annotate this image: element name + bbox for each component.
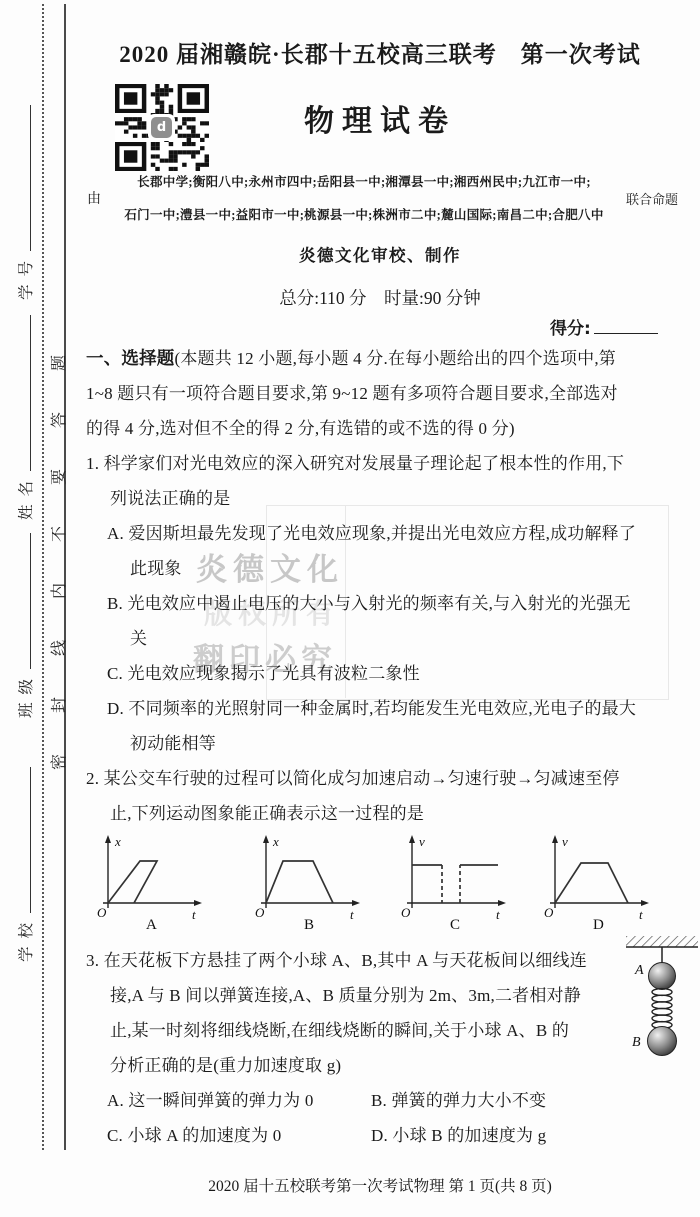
q1-option-d-cont: 初动能相等 <box>86 726 678 761</box>
question-1-line: 1. 科学家们对光电效应的深入研究对发展量子理论起了根本性的作用,下 <box>86 446 678 481</box>
graph-a-origin: O <box>97 905 107 920</box>
class-label: 班级 <box>18 671 35 718</box>
question-3-line: 分析正确的是(重力加速度取 g) <box>86 1048 614 1083</box>
q2-graph-d: v O t D <box>541 831 656 931</box>
by-label: 由 <box>87 188 101 208</box>
ball-a <box>649 963 676 990</box>
page-footer: 2020 届十五校联考第一次考试物理 第 1 页(共 8 页) <box>80 1174 680 1196</box>
q3-option-b: B. 弹簧的弹力大小不变 <box>371 1091 546 1110</box>
question-2-line: 止,下列运动图象能正确表示这一过程的是 <box>86 796 678 831</box>
graph-d-xlabel: t <box>639 907 643 922</box>
q3-option-a: A. 这一瞬间弹簧的弹力为 0 <box>107 1083 371 1118</box>
joint-proposition-label: 联合命题 <box>626 189 678 208</box>
student-name-blank <box>21 315 31 471</box>
graph-d-label: D <box>593 917 604 931</box>
question-3-line: 止,某一时刻将细线烧断,在细线烧断的瞬间,关于小球 A、B 的 <box>86 1013 614 1048</box>
exam-body: 一、选择题(本题共 12 小题,每小题 4 分.在每小题给出的四个选项中,第 1… <box>86 341 678 1153</box>
score-label: 得分: <box>550 319 591 339</box>
graph-d-ylabel: v <box>562 834 568 849</box>
question-3: 3. 在天花板下方悬挂了两个小球 A、B,其中 A 与天花板间以细线连 接,A … <box>86 943 614 1153</box>
graph-b-origin: O <box>255 905 265 920</box>
graph-b-ylabel: x <box>272 834 279 849</box>
school-field: 学校 <box>14 767 36 962</box>
text-line: 的得 4 分,选对但不全的得 2 分,有选错的或不选的得 0 分) <box>86 411 678 446</box>
graph-c-ylabel: v <box>419 834 425 849</box>
seal-dotted-line <box>42 4 44 1150</box>
score-info: 总分:110 分 时量:90 分钟 <box>80 285 680 310</box>
graph-a-label: A <box>146 917 157 931</box>
class-field: 班级 <box>14 533 36 718</box>
graph-b-label: B <box>304 917 314 931</box>
q1-option-b: B. 光电效应中遏止电压的大小与入射光的频率有关,与入射光的光强无 <box>86 586 678 621</box>
q1-option-a: A. 爱因斯坦最先发现了光电效应现象,并提出光电效应方程,成功解释了 <box>86 516 678 551</box>
school-blank <box>21 767 31 913</box>
q3-option-c: C. 小球 A 的加速度为 0 <box>107 1118 371 1153</box>
q3-option-d: D. 小球 B 的加速度为 g <box>371 1126 546 1145</box>
section-heading: 一、选择题 <box>86 349 175 369</box>
ball-b-label: B <box>632 1035 641 1050</box>
ball-b <box>648 1027 677 1056</box>
q2-graph-a: x O t A <box>94 831 209 931</box>
producer-line: 炎德文化审校、制作 <box>80 242 680 266</box>
page-title: 2020 届湘赣皖·长郡十五校高三联考 第一次考试 <box>80 36 680 69</box>
student-id-label: 学号 <box>18 253 35 300</box>
student-id-blank <box>21 105 31 251</box>
ceiling-hatch <box>626 936 698 947</box>
graph-a-ylabel: x <box>114 834 121 849</box>
q3-figure-image: A B <box>620 934 700 1064</box>
school-list-line1: 长郡中学;衡阳八中;永州市四中;岳阳县一中;湘潭县一中;湘西州民中;九江市一中; <box>104 172 624 190</box>
graph-c-origin: O <box>401 905 411 920</box>
school-list-line2: 石门一中;澧县一中;益阳市一中;桃源县一中;株洲市二中;麓山国际;南昌二中;合肥… <box>104 205 624 223</box>
class-blank <box>21 533 31 669</box>
subject-title: 物理试卷 <box>150 96 610 140</box>
graph-a-xlabel: t <box>192 907 196 922</box>
ball-a-label: A <box>634 963 644 978</box>
q2-graph-row: x O t A x O t B v O t C <box>86 831 678 931</box>
student-id-field: 学号 <box>14 105 36 300</box>
score-field: 得分: <box>550 314 658 339</box>
q1-option-a-cont: 此现象 <box>86 551 678 586</box>
student-name-label: 姓名 <box>18 473 35 520</box>
graph-c-label: C <box>450 917 460 931</box>
question-2-line: 2. 某公交车行驶的过程可以简化成匀加速启动→匀速行驶→匀减速至停 <box>86 761 678 796</box>
spring <box>652 989 672 1029</box>
q1-option-b-cont: 关 <box>86 621 678 656</box>
question-3-line: 3. 在天花板下方悬挂了两个小球 A、B,其中 A 与天花板间以细线连 <box>86 943 614 978</box>
seal-line-text: 密封线内不要答题 <box>46 314 69 770</box>
graph-c-xlabel: t <box>496 907 500 922</box>
text-line: 1~8 题只有一项符合题目要求,第 9~12 题有多项符合题目要求,全部选对 <box>86 376 678 411</box>
student-name-field: 姓名 <box>14 315 36 520</box>
q3-options-cd: C. 小球 A 的加速度为 0D. 小球 B 的加速度为 g <box>86 1118 614 1153</box>
q2-graph-b: x O t B <box>252 831 367 931</box>
graph-d-origin: O <box>544 905 554 920</box>
q1-option-c: C. 光电效应现象揭示了光具有波粒二象性 <box>86 656 678 691</box>
question-3-line: 接,A 与 B 间以弹簧连接,A、B 质量分别为 2m、3m,二者相对静 <box>86 978 614 1013</box>
q3-options-ab: A. 这一瞬间弹簧的弹力为 0B. 弹簧的弹力大小不变 <box>86 1083 614 1118</box>
q3-figure: A B <box>620 934 700 1069</box>
section-heading-note: (本题共 12 小题,每小题 4 分.在每小题给出的四个选项中,第 <box>175 349 617 368</box>
q1-option-d: D. 不同频率的光照射同一种金属时,若均能发生光电效应,光电子的最大 <box>86 691 678 726</box>
score-blank <box>594 316 658 334</box>
section-heading-line: 一、选择题(本题共 12 小题,每小题 4 分.在每小题给出的四个选项中,第 <box>86 341 678 376</box>
graph-b-xlabel: t <box>350 907 354 922</box>
q2-graph-c: v O t C <box>398 831 513 931</box>
question-1-line: 列说法正确的是 <box>86 481 678 516</box>
school-label: 学校 <box>18 915 35 962</box>
